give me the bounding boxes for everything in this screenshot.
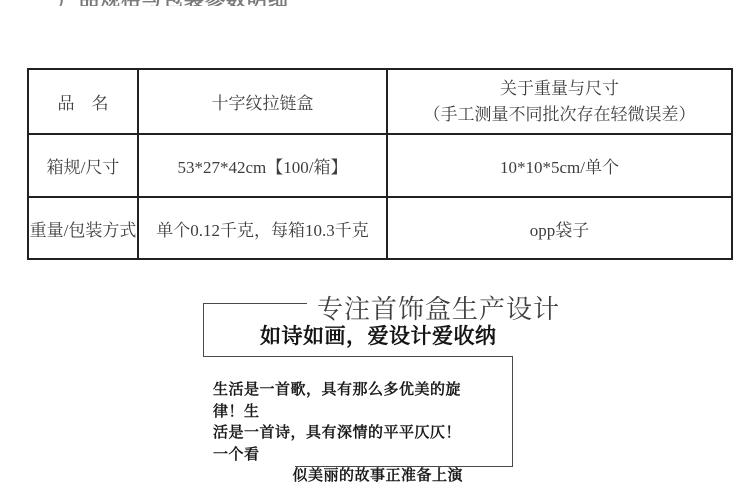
spec-value-carton-size: 53*27*42cm【100/箱】 [138,134,387,197]
slogan-line-1: 生活是一首歌，具有那么多优美的旋律！生 [213,379,465,422]
spec-value-weight: 单个0.12千克，每箱10.3千克 [138,197,387,259]
table-row: 品 名 十字纹拉链盒 关于重量与尺寸 （手工测量不同批次存在轻微误差） [28,69,732,134]
spec-note-unit-size: 10*10*5cm/单个 [387,134,732,197]
table-row: 重量/包装方式 单个0.12千克，每箱10.3千克 opp袋子 [28,197,732,259]
clipped-top-text: 产品规格与包装参数明细 [58,0,358,6]
divider-line-middle [203,356,513,357]
spec-note-header-line2: （手工测量不同批次存在轻微误差） [388,102,731,128]
divider-line-top [203,303,307,304]
spec-note-header-line1: 关于重量与尺寸 [388,76,731,102]
product-detail-page: 产品规格与包装参数明细 品 名 十字纹拉链盒 关于重量与尺寸 （手工测量不同批次… [0,0,750,482]
spec-label-weight-packing: 重量/包装方式 [28,197,138,259]
spec-value-product-name: 十字纹拉链盒 [138,69,387,134]
slogan-paragraph: 生活是一首歌，具有那么多优美的旋律！生 活是一首诗，具有深情的平平仄仄！一个看 … [213,379,465,482]
spec-note-packing: opp袋子 [387,197,732,259]
table-row: 箱规/尺寸 53*27*42cm【100/箱】 10*10*5cm/单个 [28,134,732,197]
spec-label-carton-size: 箱规/尺寸 [28,134,138,197]
divider-line-right-vertical [512,356,513,467]
divider-line-left-vertical [203,303,204,357]
clipped-top-text-label: 产品规格与包装参数明细 [58,0,358,6]
banner-subheading: 如诗如画，爱设计爱收纳 [260,320,497,350]
spec-note-header: 关于重量与尺寸 （手工测量不同批次存在轻微误差） [387,69,732,134]
slogan-line-3: 似美丽的故事正准备上演 [213,465,465,482]
slogan-line-2: 活是一首诗，具有深情的平平仄仄！一个看 [213,422,465,465]
spec-label-product-name: 品 名 [28,69,138,134]
product-spec-table: 品 名 十字纹拉链盒 关于重量与尺寸 （手工测量不同批次存在轻微误差） 箱规/尺… [27,68,733,260]
